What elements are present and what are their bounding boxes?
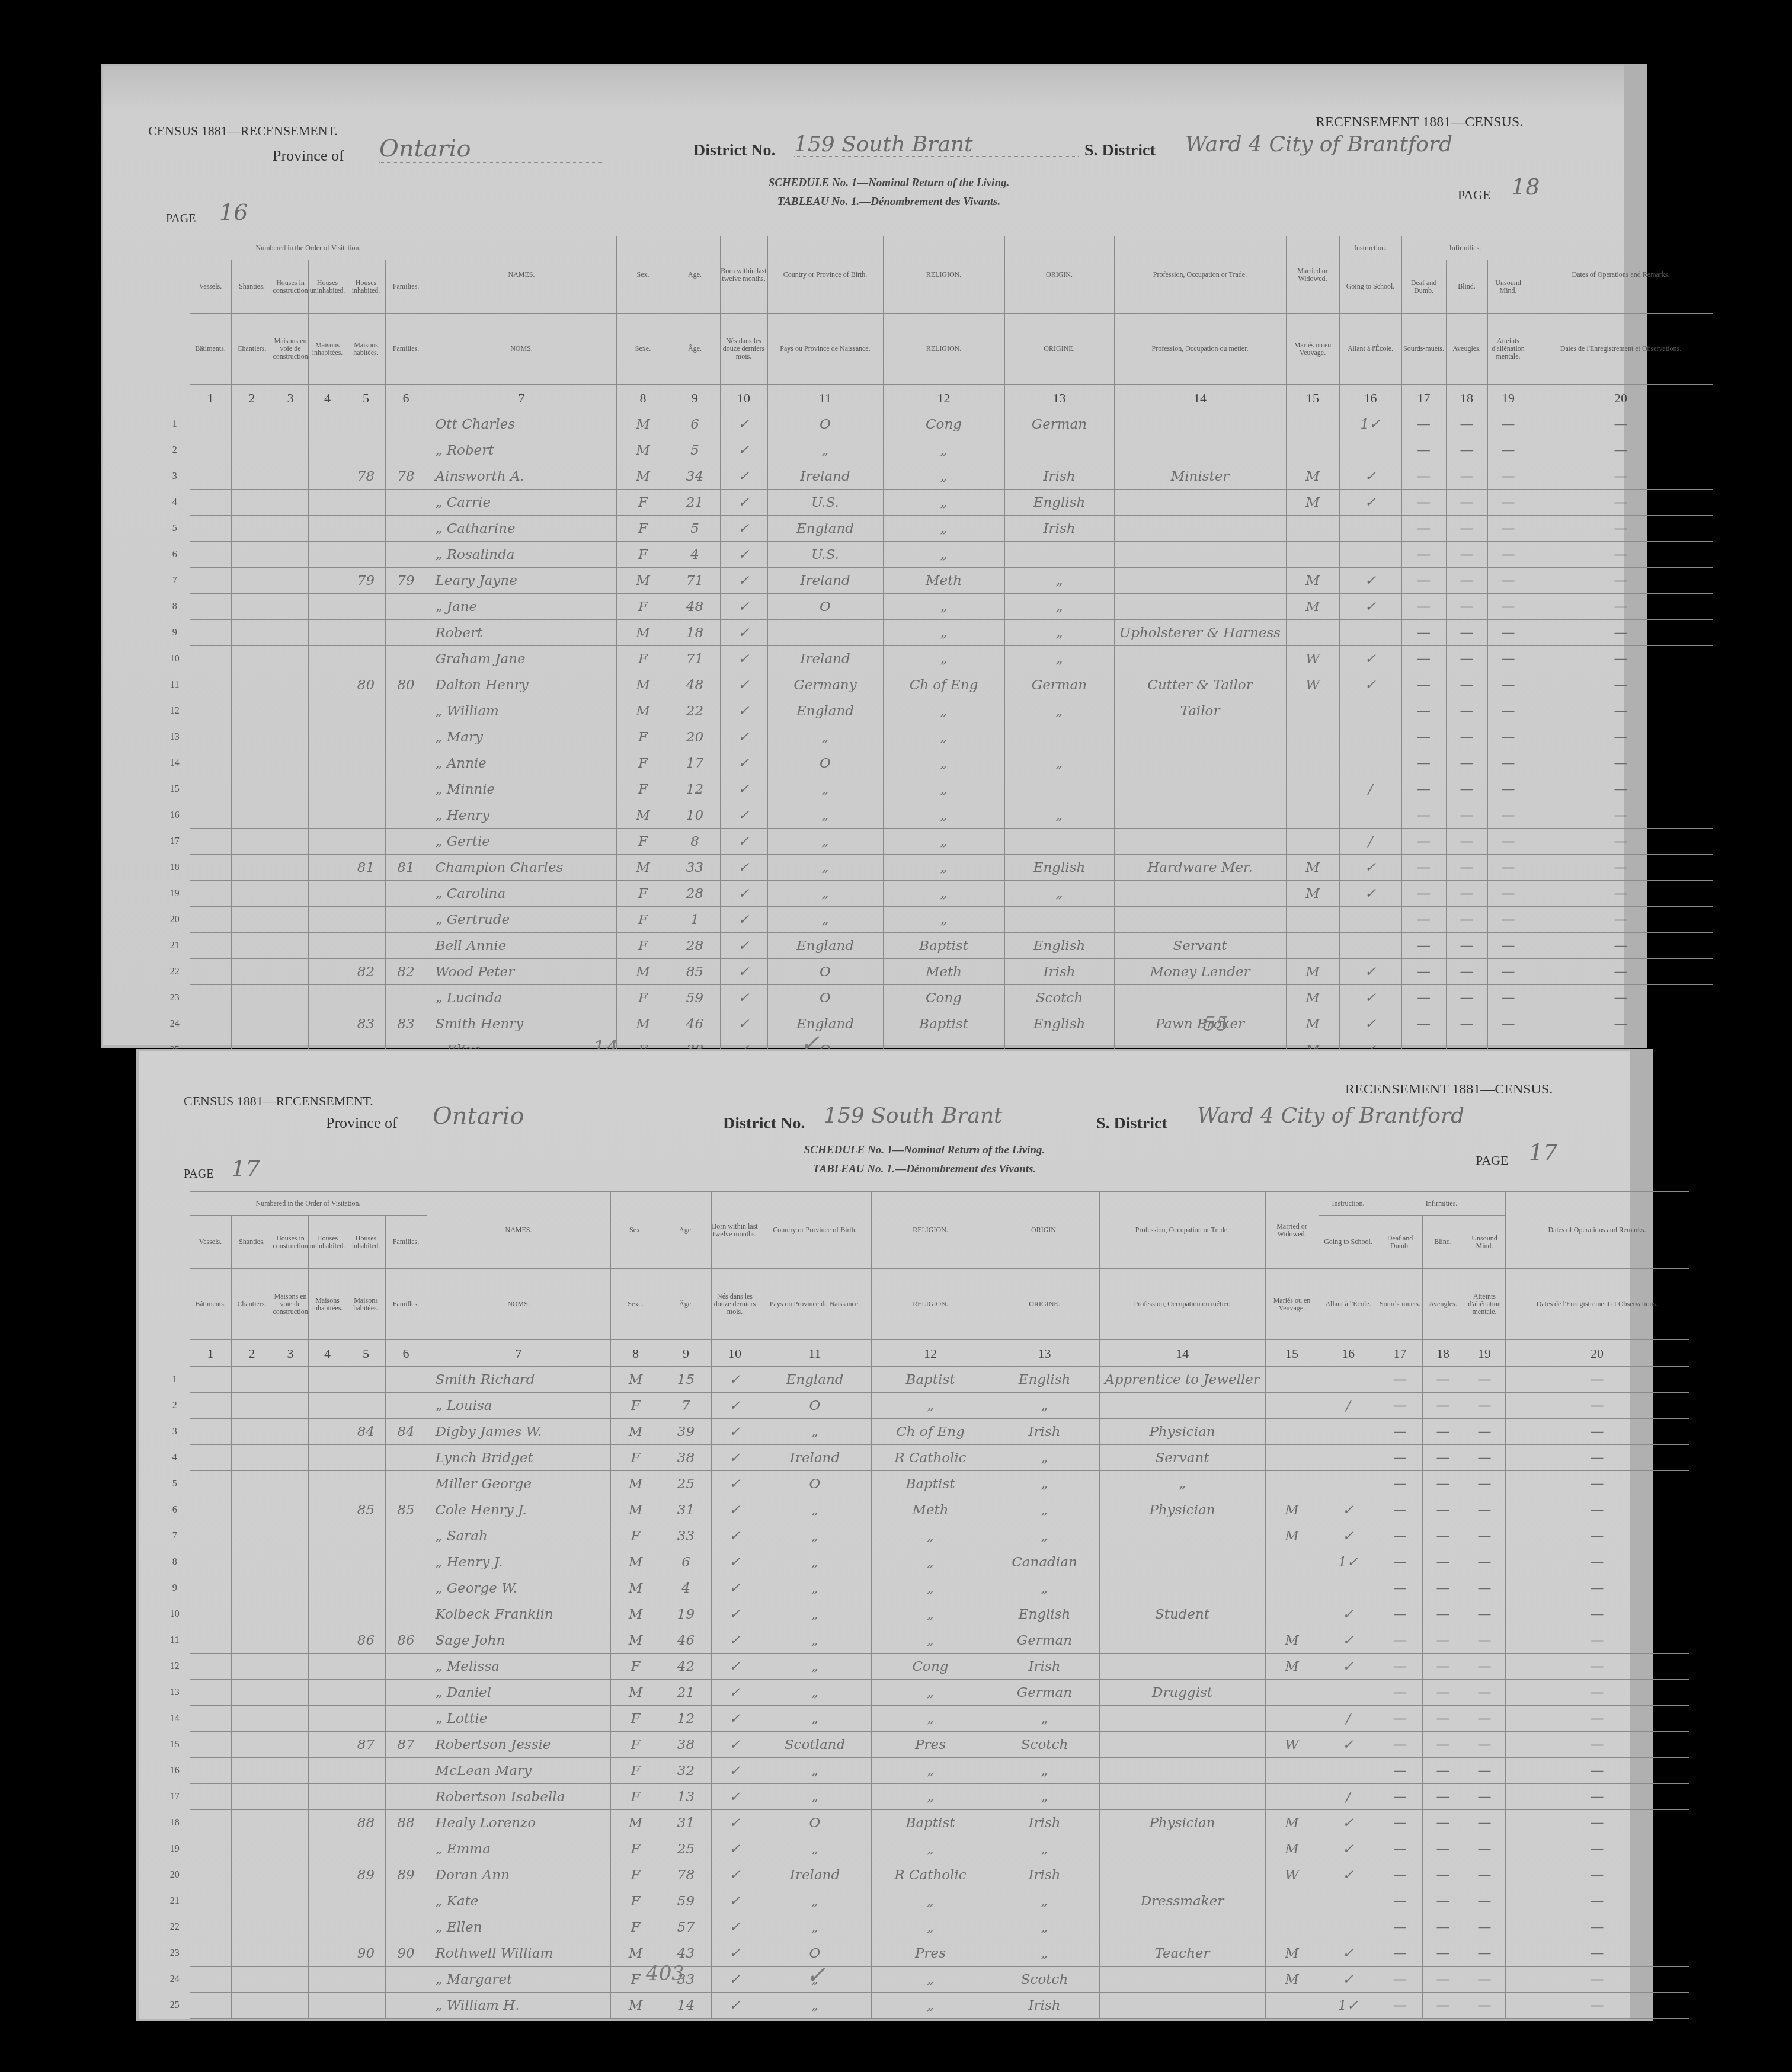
cell-c19: — — [1487, 881, 1529, 907]
cell-c20: — — [1529, 750, 1713, 776]
cell-name: Robertson Jessie — [427, 1732, 610, 1758]
cell-c12: „ — [883, 881, 1004, 907]
cell-c11: „ — [759, 1549, 871, 1575]
cell-c15 — [1286, 750, 1339, 776]
line-number: 14 — [160, 750, 190, 776]
census-row: 16„ HenryM10✓„„„———— — [160, 802, 1713, 829]
cell-c6 — [385, 411, 427, 437]
cell-c16: ✓ — [1339, 855, 1401, 881]
cell-c18: — — [1446, 985, 1487, 1011]
cell-name: Sage John — [427, 1627, 610, 1654]
cell-age: 13 — [661, 1784, 711, 1810]
census-row: 17Robertson IsabellaF13✓„„„/———— — [160, 1784, 1689, 1810]
cell-c19: — — [1464, 1497, 1505, 1523]
cell-c2 — [231, 698, 273, 724]
cell-c2 — [231, 646, 273, 672]
cell-c16: ✓ — [1339, 959, 1401, 985]
cell-c19: — — [1464, 1758, 1505, 1784]
cell-c17: — — [1378, 1393, 1422, 1419]
footer-mark: 403 — [646, 1962, 684, 1985]
cell-c3 — [273, 1732, 308, 1758]
cell-c5 — [347, 1549, 385, 1575]
cell-c12: Baptist — [871, 1810, 990, 1836]
cell-c19: — — [1464, 1523, 1505, 1549]
cell-c13: „ — [1004, 750, 1114, 776]
cell-age: 6 — [661, 1549, 711, 1575]
census-row: 118080Dalton HenryM48✓GermanyCh of EngGe… — [160, 672, 1713, 698]
census-row: 7„ SarahF33✓„„„M✓———— — [160, 1523, 1689, 1549]
cell-c18: — — [1422, 1393, 1464, 1419]
census-row: 19„ EmmaF25✓„„„M✓———— — [160, 1836, 1689, 1862]
cell-c11: O — [767, 411, 883, 437]
cell-c4 — [308, 568, 347, 594]
cell-c16 — [1319, 1888, 1378, 1914]
column-number-row: 1 2 3 4 5 6 7 8 9 10 11 12 13 14 15 16 1… — [160, 385, 1713, 411]
cell-c5 — [347, 724, 385, 750]
cell-c19: — — [1487, 933, 1529, 959]
cell-c15 — [1286, 776, 1339, 802]
cell-c6: 84 — [385, 1419, 427, 1445]
cell-name: Ainsworth A. — [427, 463, 616, 490]
cell-age: 17 — [670, 750, 720, 776]
cell-sex: F — [610, 1523, 661, 1549]
cell-c12: Meth — [871, 1497, 990, 1523]
cell-c1 — [190, 1836, 231, 1862]
cell-c14 — [1099, 1836, 1265, 1862]
cell-c10: ✓ — [720, 985, 767, 1011]
cell-sex: M — [616, 411, 670, 437]
cell-c3 — [273, 1810, 308, 1836]
cell-age: 28 — [670, 933, 720, 959]
cell-c14: Physician — [1099, 1497, 1265, 1523]
cell-c15 — [1265, 1993, 1319, 2019]
cell-c6: 86 — [385, 1627, 427, 1654]
cell-c1 — [190, 933, 231, 959]
cell-c13: „ — [1004, 568, 1114, 594]
cell-c17: — — [1378, 1419, 1422, 1445]
census-row: 1Smith RichardM15✓EnglandBaptistEnglishA… — [160, 1367, 1689, 1393]
cell-name: „ Annie — [427, 750, 616, 776]
cell-c12: „ — [871, 1758, 990, 1784]
cell-c19: — — [1464, 1706, 1505, 1732]
cell-name: Wood Peter — [427, 959, 616, 985]
census-table-bottom: Numbered in the Order of Visitation. NAM… — [160, 1191, 1689, 2019]
census-title-left: CENSUS 1881—RECENSEMENT. — [184, 1093, 373, 1109]
cell-c10: ✓ — [720, 490, 767, 516]
cell-c14 — [1099, 1575, 1265, 1601]
cell-c17: — — [1401, 672, 1446, 698]
census-page-bottom: CENSUS 1881—RECENSEMENT. Province of Ont… — [136, 1049, 1653, 2021]
cell-sex: F — [610, 1445, 661, 1471]
cell-c5 — [347, 802, 385, 829]
cell-c2 — [231, 1393, 273, 1419]
cell-c18: — — [1446, 1011, 1487, 1037]
cell-age: 18 — [670, 620, 720, 646]
cell-sex: F — [610, 1706, 661, 1732]
cell-c10: ✓ — [711, 1680, 759, 1706]
cell-c11: „ — [759, 1419, 871, 1445]
cell-c19: — — [1464, 1445, 1505, 1471]
cell-c19: — — [1464, 1784, 1505, 1810]
cell-c20: — — [1505, 1680, 1689, 1706]
cell-c2 — [231, 829, 273, 855]
cell-c11: O — [759, 1810, 871, 1836]
cell-c4 — [308, 881, 347, 907]
cell-c15: M — [1265, 1497, 1319, 1523]
cell-c18: — — [1446, 855, 1487, 881]
cell-c3 — [273, 750, 308, 776]
cell-c16: ✓ — [1339, 568, 1401, 594]
cell-c19: — — [1464, 1654, 1505, 1680]
cell-c12: „ — [871, 1967, 990, 1993]
cell-c1 — [190, 829, 231, 855]
cell-c20: — — [1505, 1627, 1689, 1654]
cell-c15 — [1265, 1758, 1319, 1784]
cell-c12: Baptist — [871, 1471, 990, 1497]
cell-c17: — — [1401, 750, 1446, 776]
cell-c14 — [1099, 1914, 1265, 1940]
cell-age: 78 — [661, 1862, 711, 1888]
line-number: 24 — [160, 1967, 190, 1993]
cell-c3 — [273, 907, 308, 933]
cell-c15: M — [1286, 568, 1339, 594]
cell-c5 — [347, 542, 385, 568]
cell-c12: „ — [883, 542, 1004, 568]
cell-age: 21 — [661, 1680, 711, 1706]
cell-c4 — [308, 437, 347, 463]
cell-c16 — [1339, 437, 1401, 463]
cell-c11: „ — [759, 1993, 871, 2019]
cell-c13: „ — [1004, 698, 1114, 724]
census-row: 6„ RosalindaF4✓U.S.„———— — [160, 542, 1713, 568]
cell-c20: — — [1505, 1758, 1689, 1784]
line-number: 16 — [160, 1758, 190, 1784]
cell-c11: England — [767, 516, 883, 542]
cell-name: „ Mary — [427, 724, 616, 750]
cell-sex: M — [610, 1993, 661, 2019]
cell-c11 — [767, 620, 883, 646]
cell-c2 — [231, 1011, 273, 1037]
cell-c17: — — [1378, 1680, 1422, 1706]
cell-c6 — [385, 1445, 427, 1471]
cell-c20: — — [1529, 463, 1713, 490]
cell-c3 — [273, 881, 308, 907]
cell-c15 — [1265, 1888, 1319, 1914]
cell-c1 — [190, 1732, 231, 1758]
cell-sex: F — [616, 907, 670, 933]
cell-c5 — [347, 516, 385, 542]
cell-age: 42 — [661, 1654, 711, 1680]
cell-name: Robert — [427, 620, 616, 646]
cell-c10: ✓ — [720, 829, 767, 855]
cell-c4 — [308, 1706, 347, 1732]
cell-c17: — — [1378, 1601, 1422, 1627]
cell-c16 — [1339, 802, 1401, 829]
cell-c12: „ — [871, 1549, 990, 1575]
cell-c16: ✓ — [1339, 1011, 1401, 1037]
cell-c12: „ — [871, 1888, 990, 1914]
cell-c18: — — [1422, 1654, 1464, 1680]
cell-c19: — — [1487, 724, 1529, 750]
cell-c19: — — [1464, 1967, 1505, 1993]
cell-age: 5 — [670, 516, 720, 542]
cell-c6 — [385, 1523, 427, 1549]
district-value: 159 South Brant — [794, 132, 1079, 157]
cell-c20: — — [1505, 1497, 1689, 1523]
cell-c4 — [308, 1836, 347, 1862]
cell-c2 — [231, 1914, 273, 1940]
cell-c18: — — [1446, 750, 1487, 776]
cell-sex: F — [610, 1732, 661, 1758]
line-number: 9 — [160, 1575, 190, 1601]
line-number: 22 — [160, 959, 190, 985]
cell-c16: / — [1319, 1393, 1378, 1419]
cell-c13 — [1004, 776, 1114, 802]
cell-c13: English — [1004, 1011, 1114, 1037]
cell-c10: ✓ — [711, 1367, 759, 1393]
cell-name: „ Jane — [427, 594, 616, 620]
cell-c17: — — [1401, 829, 1446, 855]
census-row: 9RobertM18✓„„Upholsterer & Harness———— — [160, 620, 1713, 646]
cell-c1 — [190, 985, 231, 1011]
cell-c20: — — [1529, 907, 1713, 933]
cell-c1 — [190, 1993, 231, 2019]
cell-c1 — [190, 1393, 231, 1419]
cell-c20: — — [1529, 646, 1713, 672]
cell-c3 — [273, 1367, 308, 1393]
census-row: 158787Robertson JessieF38✓ScotlandPresSc… — [160, 1732, 1689, 1758]
cell-c6 — [385, 802, 427, 829]
cell-name: „ Daniel — [427, 1680, 610, 1706]
cell-c16 — [1319, 1914, 1378, 1940]
district-label: District No. — [693, 141, 775, 160]
cell-c13: Irish — [990, 1419, 1099, 1445]
cell-c18: — — [1422, 1627, 1464, 1654]
subdistrict-label: S. District — [1096, 1114, 1167, 1133]
cell-c18: — — [1422, 1419, 1464, 1445]
cell-c6 — [385, 1758, 427, 1784]
census-row: 25„ William H.M14✓„„Irish1✓———— — [160, 1993, 1689, 2019]
cell-c11: O — [759, 1393, 871, 1419]
cell-name: „ Robert — [427, 437, 616, 463]
cell-c2 — [231, 1784, 273, 1810]
cell-c13: „ — [990, 1784, 1099, 1810]
cell-name: „ Ellen — [427, 1914, 610, 1940]
cell-c12: „ — [883, 855, 1004, 881]
cell-age: 20 — [670, 724, 720, 750]
line-number: 4 — [160, 490, 190, 516]
cell-c3 — [273, 855, 308, 881]
cell-sex: M — [610, 1471, 661, 1497]
cell-c19: — — [1464, 1367, 1505, 1393]
cell-c4 — [308, 1575, 347, 1601]
province-value: Ontario — [433, 1102, 658, 1130]
cell-c14 — [1114, 568, 1286, 594]
census-row: 14„ LottieF12✓„„„/———— — [160, 1706, 1689, 1732]
cell-c2 — [231, 724, 273, 750]
cell-c3 — [273, 1784, 308, 1810]
cell-c20: — — [1529, 724, 1713, 750]
cell-c1 — [190, 437, 231, 463]
cell-c1 — [190, 1011, 231, 1037]
census-title-right: RECENSEMENT 1881—CENSUS. — [1316, 114, 1523, 130]
cell-c10: ✓ — [720, 855, 767, 881]
cell-c11: „ — [759, 1523, 871, 1549]
cell-c16: ✓ — [1319, 1523, 1378, 1549]
cell-c15: W — [1286, 646, 1339, 672]
cell-c14 — [1099, 1967, 1265, 1993]
cell-c12: Baptist — [883, 933, 1004, 959]
cell-c17: — — [1378, 1758, 1422, 1784]
census-row: 12„ MelissaF42✓„CongIrishM✓———— — [160, 1654, 1689, 1680]
cell-age: 22 — [670, 698, 720, 724]
cell-c16 — [1319, 1471, 1378, 1497]
cell-c15 — [1286, 933, 1339, 959]
cell-c1 — [190, 698, 231, 724]
cell-sex: F — [616, 542, 670, 568]
cell-c6 — [385, 646, 427, 672]
cell-c15 — [1265, 1419, 1319, 1445]
cell-c18: — — [1422, 1862, 1464, 1888]
cell-c14 — [1114, 802, 1286, 829]
cell-c5 — [347, 881, 385, 907]
cell-c12: „ — [871, 1680, 990, 1706]
cell-c1 — [190, 1862, 231, 1888]
cell-c2 — [231, 1471, 273, 1497]
cell-c20: — — [1529, 959, 1713, 985]
line-number: 1 — [160, 1367, 190, 1393]
line-number: 6 — [160, 542, 190, 568]
cell-c13: „ — [990, 1575, 1099, 1601]
cell-c10: ✓ — [711, 1523, 759, 1549]
cell-c19: — — [1487, 620, 1529, 646]
cell-c5: 81 — [347, 855, 385, 881]
cell-age: 12 — [661, 1706, 711, 1732]
cell-c4 — [308, 594, 347, 620]
cell-c1 — [190, 724, 231, 750]
cell-c10: ✓ — [711, 1445, 759, 1471]
cell-c4 — [308, 1419, 347, 1445]
cell-c5 — [347, 1680, 385, 1706]
cell-c15 — [1265, 1549, 1319, 1575]
cell-c11: England — [767, 698, 883, 724]
census-row: 19„ CarolinaF28✓„„„M✓———— — [160, 881, 1713, 907]
census-row: 239090Rothwell WilliamM43✓OPres„TeacherM… — [160, 1940, 1689, 1967]
cell-c1 — [190, 1888, 231, 1914]
cell-c14: Physician — [1099, 1810, 1265, 1836]
cell-c6 — [385, 776, 427, 802]
page-number-left: 16 — [219, 199, 248, 225]
cell-c3 — [273, 1914, 308, 1940]
cell-age: 4 — [661, 1575, 711, 1601]
cell-c10: ✓ — [711, 1471, 759, 1497]
census-row: 8„ Henry J.M6✓„„Canadian1✓———— — [160, 1549, 1689, 1575]
cell-c19: — — [1487, 698, 1529, 724]
cell-c18: — — [1446, 881, 1487, 907]
cell-c17: — — [1378, 1367, 1422, 1393]
cell-c4 — [308, 411, 347, 437]
cell-c1 — [190, 1575, 231, 1601]
cell-c12: „ — [883, 516, 1004, 542]
cell-c14 — [1114, 750, 1286, 776]
cell-c20: — — [1505, 1393, 1689, 1419]
census-row: 24„ MargaretF33✓„„ScotchM✓———— — [160, 1967, 1689, 1993]
cell-c6 — [385, 1367, 427, 1393]
cell-c11: „ — [767, 881, 883, 907]
cell-c3 — [273, 1836, 308, 1862]
cell-c3 — [273, 1627, 308, 1654]
cell-c19: — — [1464, 1419, 1505, 1445]
cell-c14 — [1099, 1706, 1265, 1732]
cell-c13: English — [1004, 490, 1114, 516]
census-row: 228282Wood PeterM85✓OMethIrishMoney Lend… — [160, 959, 1713, 985]
cell-c3 — [273, 490, 308, 516]
cell-c18: — — [1446, 516, 1487, 542]
cell-c15 — [1265, 1471, 1319, 1497]
cell-c17: — — [1401, 985, 1446, 1011]
cell-c3 — [273, 516, 308, 542]
cell-sex: F — [616, 646, 670, 672]
cell-name: „ Kate — [427, 1888, 610, 1914]
cell-c11: Ireland — [767, 463, 883, 490]
cell-c4 — [308, 1967, 347, 1993]
cell-c19: — — [1464, 1627, 1505, 1654]
cell-c3 — [273, 672, 308, 698]
cell-c5 — [347, 646, 385, 672]
cell-age: 32 — [661, 1758, 711, 1784]
cell-c14 — [1099, 1549, 1265, 1575]
cell-c12: „ — [871, 1784, 990, 1810]
cell-c12: „ — [883, 437, 1004, 463]
line-number: 13 — [160, 724, 190, 750]
cell-c3 — [273, 1523, 308, 1549]
cell-name: „ Lucinda — [427, 985, 616, 1011]
cell-c4 — [308, 646, 347, 672]
cell-c13: „ — [990, 1445, 1099, 1471]
line-number: 23 — [160, 985, 190, 1011]
cell-age: 28 — [670, 881, 720, 907]
cell-sex: M — [610, 1810, 661, 1836]
cell-c12: „ — [883, 907, 1004, 933]
cell-c18: — — [1446, 411, 1487, 437]
cell-c3 — [273, 1419, 308, 1445]
line-number: 20 — [160, 1862, 190, 1888]
cell-age: 59 — [661, 1888, 711, 1914]
cell-c20: — — [1505, 1549, 1689, 1575]
cell-c19: — — [1487, 959, 1529, 985]
cell-c4 — [308, 959, 347, 985]
cell-c12: „ — [883, 490, 1004, 516]
cell-age: 10 — [670, 802, 720, 829]
cell-c5: 84 — [347, 1419, 385, 1445]
cell-c16: ✓ — [1339, 672, 1401, 698]
cell-c5 — [347, 411, 385, 437]
cell-c19: — — [1487, 1011, 1529, 1037]
cell-c12: Cong — [871, 1654, 990, 1680]
cell-c17: — — [1378, 1967, 1422, 1993]
cell-c2 — [231, 1993, 273, 2019]
cell-c10: ✓ — [711, 1601, 759, 1627]
cell-name: Graham Jane — [427, 646, 616, 672]
cell-c2 — [231, 1627, 273, 1654]
cell-c14: Money Lender — [1114, 959, 1286, 985]
census-row: 77979Leary JayneM71✓IrelandMeth„M✓———— — [160, 568, 1713, 594]
census-row: 12„ WilliamM22✓England„„Tailor———— — [160, 698, 1713, 724]
page-label-left: PAGE — [184, 1168, 213, 1181]
cell-name: Leary Jayne — [427, 568, 616, 594]
line-number: 18 — [160, 1810, 190, 1836]
cell-c19: — — [1464, 1810, 1505, 1836]
